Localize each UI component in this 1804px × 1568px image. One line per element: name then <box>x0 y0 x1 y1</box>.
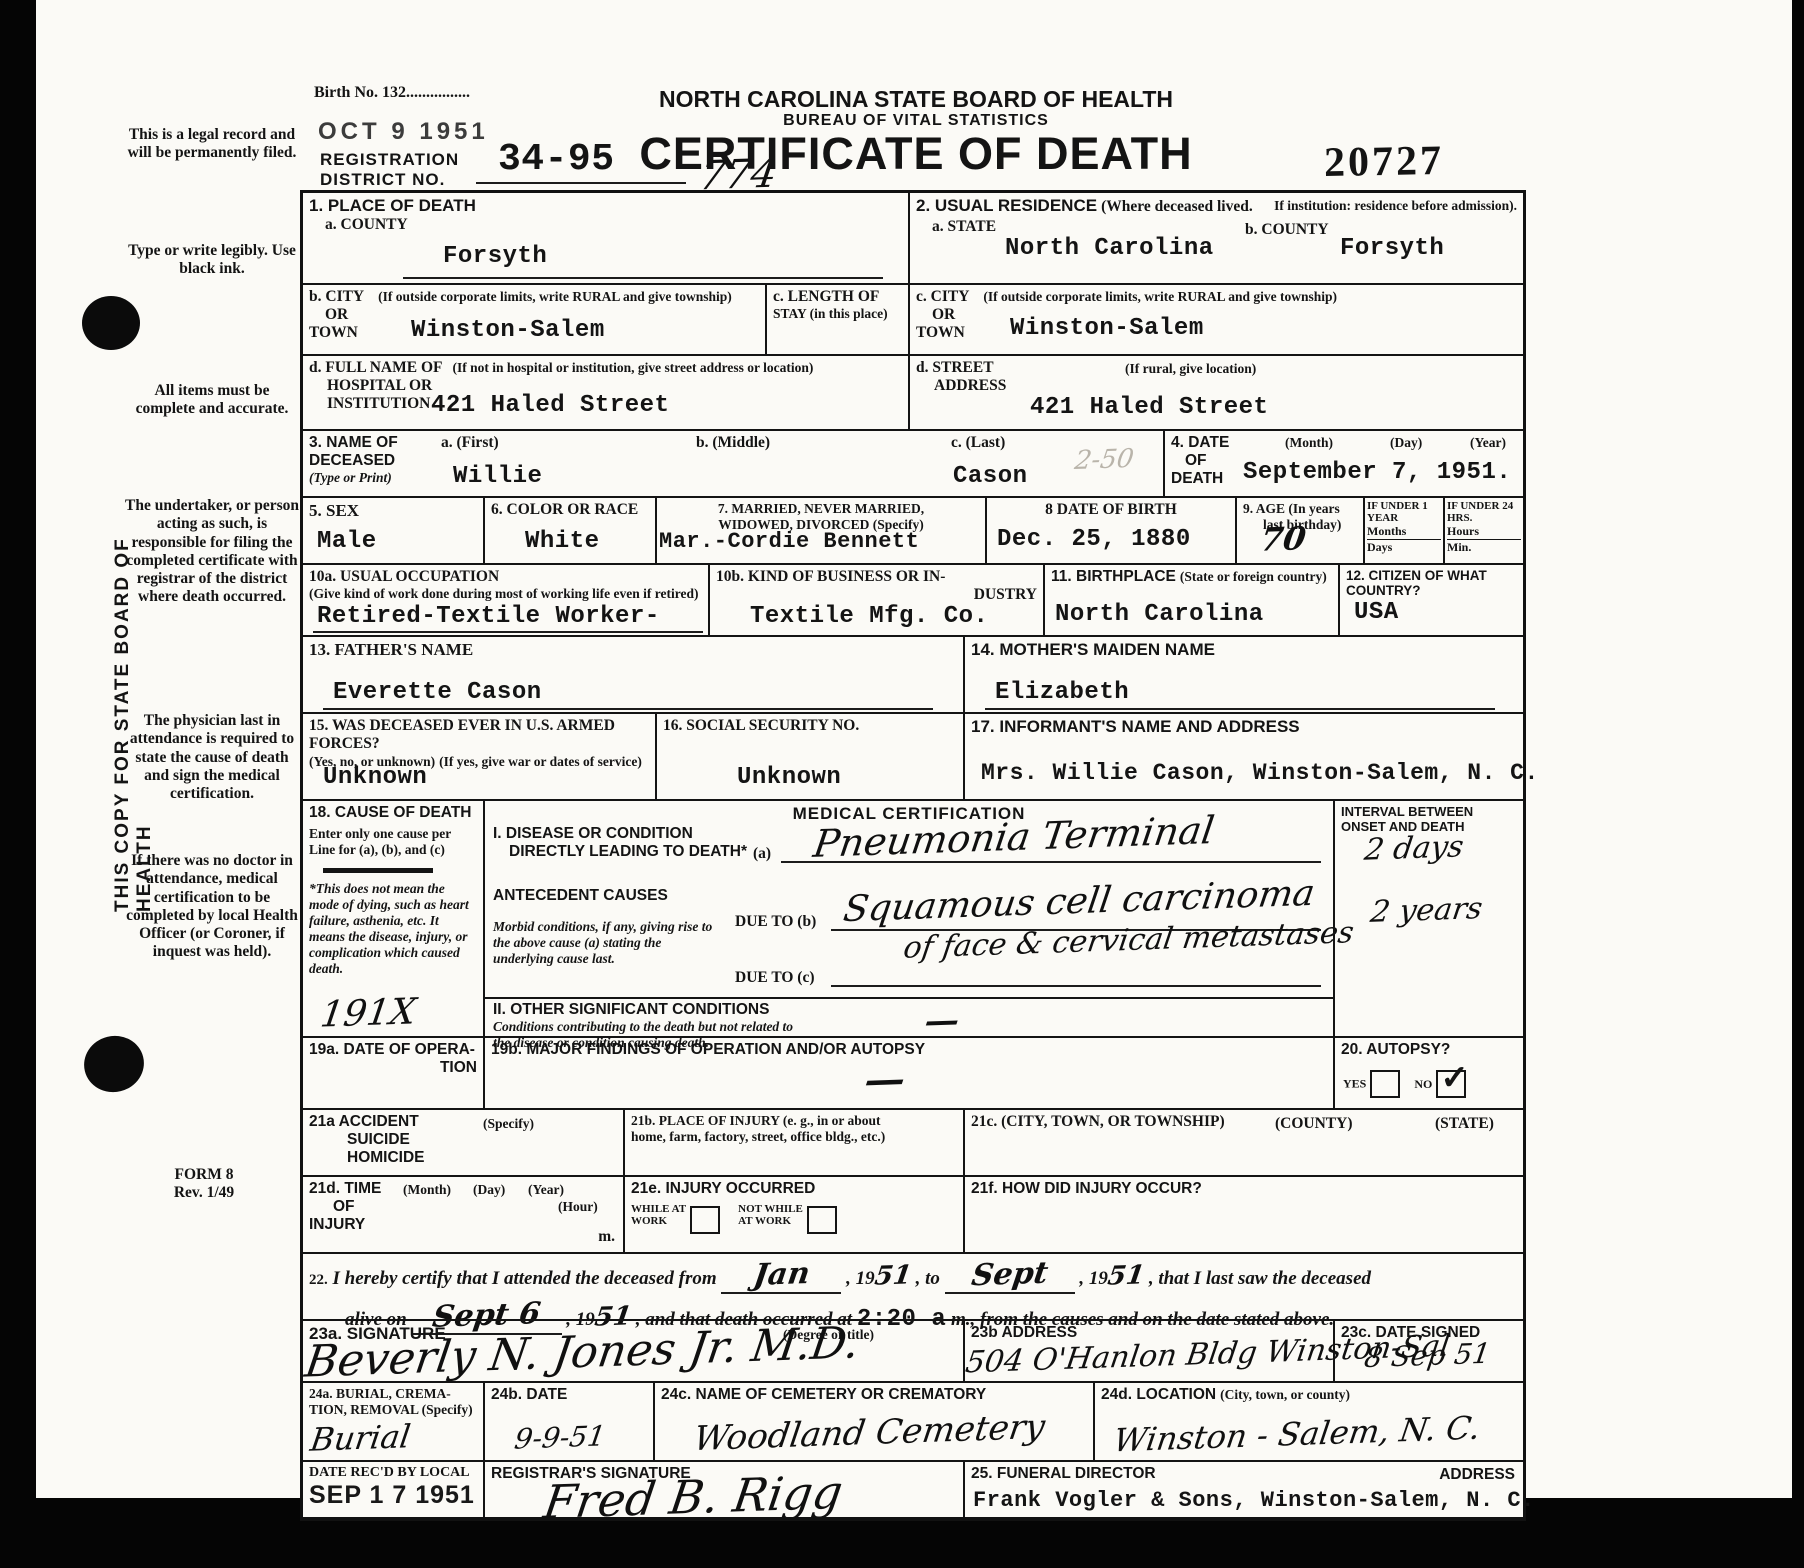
field-length-of-stay: c. LENGTH OF STAY (in this place) <box>765 285 908 354</box>
residence-state-value: North Carolina <box>1005 237 1214 261</box>
not-while-at-work-checkbox <box>807 1206 837 1234</box>
forces-label1: 15. WAS DECEASED EVER IN U.S. ARMED FORC… <box>309 717 649 753</box>
certify-no: 22. <box>309 1272 328 1288</box>
row-6: 10a. USUAL OCCUPATION (Give kind of work… <box>303 563 1523 635</box>
field-injury-city: 21c. (CITY, TOWN, OR TOWNSHIP) (COUNTY) … <box>963 1110 1523 1175</box>
operation-label1: 19a. DATE OF OPERA- <box>309 1041 477 1059</box>
interval-label1: INTERVAL BETWEEN <box>1341 804 1517 819</box>
form-rev: Rev. 1/49 <box>174 1184 234 1201</box>
field-date-of-death: 4. DATEOFDEATH (Month) (Day) (Year) Sept… <box>1163 431 1523 496</box>
form-no: FORM 8 <box>175 1166 234 1183</box>
field-burial-date: 24b. DATE 9-9-51 <box>483 1383 653 1460</box>
field-accident-suicide-homicide: 21a ACCIDENT (Specify) SUICIDE HOMICIDE <box>303 1110 623 1175</box>
under24-hours: Hours <box>1447 524 1479 538</box>
under24-min: Min. <box>1447 540 1521 555</box>
injury-month: (Month) <box>403 1182 451 1198</box>
dod-year-label: (Year) <box>1470 435 1506 451</box>
injury-place-label2: home, farm, factory, street, office bldg… <box>631 1129 957 1145</box>
field-place-of-death: 1. PLACE OF DEATH a. COUNTY Forsyth <box>303 193 908 283</box>
res-city-label: c. CITY <box>916 288 969 305</box>
first-name-value: Willie <box>453 465 542 489</box>
certify-y1-hw: 51 <box>872 1260 913 1291</box>
margin-note-items: All items must be complete and accurate. <box>124 382 300 419</box>
occupation-value: Retired-Textile Worker- <box>317 605 660 629</box>
physician-signature-handwritten: Beverly N. Jones Jr. M.D. <box>302 1317 863 1387</box>
registration-label: REGISTRATION <box>320 150 459 170</box>
certify-p1: I hereby certify that I attended the dec… <box>333 1268 717 1289</box>
certify-p3: , to <box>916 1268 940 1289</box>
residence-state-label: a. STATE <box>932 218 1517 236</box>
margin-note-doctor: If there was no doctor in attendance, me… <box>124 852 300 962</box>
margin-note-legal: This is a legal record and will be perma… <box>124 126 300 163</box>
industry-value: Textile Mfg. Co. <box>750 605 988 629</box>
certificate-title: CERTIFICATE OF DEATH <box>636 128 1196 180</box>
row-14: 23a. SIGNATURE (Degree or title) Beverly… <box>303 1319 1523 1381</box>
certify-from-hw: Jan <box>751 1256 812 1293</box>
row-11: 21a ACCIDENT (Specify) SUICIDE HOMICIDE … <box>303 1108 1523 1175</box>
field-date-of-birth: 8 DATE OF BIRTH Dec. 25, 1880 <box>985 498 1235 563</box>
row-8: 15. WAS DECEASED EVER IN U.S. ARMED FORC… <box>303 712 1523 799</box>
burial-handwritten: Burial <box>308 1417 413 1458</box>
field-father-name: 13. FATHER'S NAME Everette Cason <box>303 637 963 712</box>
row-10: 19a. DATE OF OPERA- TION 19b. MAJOR FIND… <box>303 1036 1523 1108</box>
field-citizen: 12. CITIZEN OF WHAT COUNTRY? USA <box>1338 565 1523 635</box>
father-label: 13. FATHER'S NAME <box>309 640 957 660</box>
margin-note-undertaker: The undertaker, or person acting as such… <box>124 497 300 607</box>
while-at-work-label: WHILE ATWORK <box>631 1203 686 1227</box>
first-name-label: a. (First) <box>441 434 684 452</box>
cause-b2-handwritten: of face & cervical metastases <box>901 915 1356 966</box>
race-value: White <box>525 530 600 554</box>
under24-label: IF UNDER 24 HRS. <box>1447 500 1521 524</box>
county-value: Forsyth <box>443 245 547 269</box>
antecedent-label: ANTECEDENT CAUSES <box>493 887 668 905</box>
date-received-label: DATE REC'D BY LOCAL <box>309 1465 477 1481</box>
field-last-name: c. (Last) Cason 2-50 <box>945 431 1163 496</box>
dob-value: Dec. 25, 1880 <box>997 528 1191 552</box>
stay-label2: STAY (in this place) <box>773 306 902 322</box>
sex-label: 5. SEX <box>309 501 477 521</box>
field-date-received: DATE REC'D BY LOCAL SEP 1 7 1951 <box>303 1462 483 1517</box>
field-cause-of-death-left: 18. CAUSE OF DEATH Enter only one cause … <box>303 801 483 1036</box>
forces-label3: (If yes, give war or dates of service) <box>439 754 642 769</box>
autopsy-no-checkbox: ✓ <box>1436 1070 1466 1098</box>
field-injury-occurred: 21e. INJURY OCCURRED WHILE ATWORK NOT WH… <box>623 1177 963 1252</box>
field-if-under-24-hrs: IF UNDER 24 HRS. Hours Min. <box>1443 498 1523 563</box>
dod-value: September 7, 1951. <box>1243 461 1511 485</box>
field-signature: 23a. SIGNATURE (Degree or title) Beverly… <box>303 1321 963 1381</box>
autopsy-label: 20. AUTOPSY? <box>1341 1041 1517 1059</box>
disease-label1: I. DISEASE OR CONDITION <box>493 825 693 843</box>
residence-county-label: b. COUNTY <box>1245 221 1329 239</box>
street-value: 421 Haled Street <box>1030 396 1268 420</box>
field-burial: 24a. BURIAL, CREMA- TION, REMOVAL (Speci… <box>303 1383 483 1460</box>
scanned-death-certificate: This is a legal record and will be perma… <box>0 0 1804 1568</box>
dod-label: 4. DATEOFDEATH <box>1171 434 1229 488</box>
row-1: 1. PLACE OF DEATH a. COUNTY Forsyth 2. U… <box>303 193 1523 283</box>
field-major-findings: 19b. MAJOR FINDINGS OF OPERATION AND/OR … <box>483 1038 1333 1108</box>
registrar-signature-handwritten: Fred B. Rigg <box>540 1465 846 1529</box>
field-res-city: c. CITY (If outside corporate limits, wr… <box>908 285 1523 354</box>
injury-place-label1: 21b. PLACE OF INJURY (e. g., in or about <box>631 1113 957 1129</box>
certify-to-hw: Sept <box>969 1256 1050 1294</box>
margin-vertical-text: THIS COPY FOR STATE BOARD OF HEALTH <box>112 460 138 912</box>
field-medical-certification: MEDICAL CERTIFICATION I. DISEASE OR COND… <box>483 801 1333 1036</box>
hospital-note: (If not in hospital or institution, give… <box>452 360 813 375</box>
field-burial-location: 24d. LOCATION (City, town, or county) Wi… <box>1093 1383 1523 1460</box>
certify-y2-hw: 51 <box>1106 1260 1147 1291</box>
married-value: Mar.-Cordie Bennett <box>659 531 919 553</box>
other-conditions-label: II. OTHER SIGNIFICANT CONDITIONS <box>493 1001 769 1019</box>
cemetery-label: 24c. NAME OF CEMETERY OR CREMATORY <box>661 1386 1087 1404</box>
field-pod-city: b. CITY (If outside corporate limits, wr… <box>303 285 765 354</box>
field-registrar-signature: REGISTRAR'S SIGNATURE Fred B. Rigg <box>483 1462 963 1517</box>
field-signature-address: 23b ADDRESS 504 O'Hanlon Bldg Winston-Sa… <box>963 1321 1333 1381</box>
place-of-death-label: 1. PLACE OF DEATH <box>309 196 902 216</box>
injury-hour: (Hour) <box>558 1199 598 1215</box>
residence-label: 2. USUAL RESIDENCE <box>916 196 1097 215</box>
received-date-stamp: OCT 9 1951 <box>318 118 489 146</box>
not-while-at-work-label: NOT WHILEAT WORK <box>738 1203 803 1227</box>
hole-punch-bottom <box>78 1030 150 1099</box>
interval-a-handwritten: 2 days <box>1362 829 1466 867</box>
due-to-b-label: DUE TO (b) <box>735 913 816 931</box>
injury-m: m. <box>598 1228 615 1246</box>
how-injury-label: 21f. HOW DID INJURY OCCUR? <box>971 1180 1517 1198</box>
while-at-work-checkbox <box>690 1206 720 1234</box>
funeral-director-value: Frank Vogler & Sons, Winston-Salem, N. C… <box>973 1488 1535 1513</box>
informant-value: Mrs. Willie Cason, Winston-Salem, N. C. <box>981 762 1539 785</box>
injury-occurred-label: 21e. INJURY OCCURRED <box>631 1180 957 1198</box>
birthplace-value: North Carolina <box>1055 603 1264 627</box>
citizen-label1: 12. CITIZEN OF WHAT <box>1346 568 1517 583</box>
burial-location-label: 24d. LOCATION <box>1101 1386 1216 1403</box>
cause-a-handwritten: Pneumonia Terminal <box>811 808 1217 866</box>
accident-specify: (Specify) <box>483 1116 534 1132</box>
injury-city-label: 21c. (CITY, TOWN, OR TOWNSHIP) <box>971 1113 1225 1130</box>
field-how-injury-occurred: 21f. HOW DID INJURY OCCUR? <box>963 1177 1523 1252</box>
field-street-address: d. STREET (If rural, give location) ADDR… <box>908 356 1523 429</box>
injury-time-label3: INJURY <box>309 1216 617 1234</box>
field-first-name: a. (First) Willie <box>435 431 690 496</box>
cause-label: 18. CAUSE OF DEATH <box>309 804 477 822</box>
mother-label: 14. MOTHER'S MAIDEN NAME <box>971 640 1517 660</box>
autopsy-yes-label: YES <box>1343 1077 1366 1091</box>
injury-time-label1: 21d. TIME <box>309 1180 381 1197</box>
accident-label3: HOMICIDE <box>347 1149 617 1167</box>
disease-label2: DIRECTLY LEADING TO DEATH* <box>509 843 747 861</box>
burial-date-handwritten: 9-9-51 <box>512 1419 607 1455</box>
street-label1: d. STREET <box>916 359 994 376</box>
burial-label1: 24a. BURIAL, CREMA- <box>309 1386 477 1402</box>
birth-no: Birth No. 132................ <box>314 84 470 102</box>
margin-note-physician: The physician last in attendance is requ… <box>124 712 300 803</box>
mother-value: Elizabeth <box>995 681 1129 705</box>
field-marital-status: 7. MARRIED, NEVER MARRIED, WIDOWED, DIVO… <box>655 498 985 563</box>
field-industry: 10b. KIND OF BUSINESS OR IN- DUSTRY Text… <box>708 565 1043 635</box>
accident-label1: 21a ACCIDENT <box>309 1113 419 1130</box>
occupation-note: (Give kind of work done during most of w… <box>309 586 702 602</box>
field-time-of-injury: 21d. TIME (Month) (Day) (Year) OF INJURY… <box>303 1177 623 1252</box>
occupation-label: 10a. USUAL OCCUPATION <box>309 568 499 585</box>
ssn-label: 16. SOCIAL SECURITY NO. <box>663 717 957 735</box>
field-armed-forces: 15. WAS DECEASED EVER IN U.S. ARMED FORC… <box>303 714 655 799</box>
field-place-of-injury: 21b. PLACE OF INJURY (e. g., in or about… <box>623 1110 963 1175</box>
date-signed-handwritten: 8 Sep 51 <box>1362 1337 1492 1374</box>
field-funeral-director: 25. FUNERAL DIRECTOR ADDRESS Frank Vogle… <box>963 1462 1523 1517</box>
stay-label1: c. LENGTH OF <box>773 288 902 306</box>
street-label2: ADDRESS <box>934 377 1517 395</box>
cause-note2: *This does not mean the mode of dying, s… <box>309 881 477 977</box>
row-7: 13. FATHER'S NAME Everette Cason 14. MOT… <box>303 635 1523 712</box>
funeral-director-label: 25. FUNERAL DIRECTOR <box>971 1465 1156 1482</box>
hole-punch-top <box>82 296 140 350</box>
pod-city-label: b. CITY <box>309 288 364 305</box>
findings-handwritten: — <box>862 1055 909 1103</box>
hospital-label1: d. FULL NAME OF <box>309 359 442 376</box>
field-usual-residence: 2. USUAL RESIDENCE (Where deceased lived… <box>908 193 1523 283</box>
injury-day: (Day) <box>473 1182 505 1198</box>
row-3: d. FULL NAME OF (If not in hospital or i… <box>303 354 1523 429</box>
board-title: NORTH CAROLINA STATE BOARD OF HEALTH <box>656 86 1176 113</box>
age-label1: 9. AGE (In years <box>1243 501 1357 517</box>
injury-year: (Year) <box>528 1182 564 1198</box>
sex-value: Male <box>317 530 377 554</box>
field-sex: 5. SEX Male <box>303 498 483 563</box>
field-if-under-1-year: IF UNDER 1 YEAR Months Days <box>1363 498 1443 563</box>
married-label1: 7. MARRIED, NEVER MARRIED, <box>663 501 979 517</box>
pencil-scribble: 2-50 <box>1073 444 1136 476</box>
autopsy-no-checkmark: ✓ <box>1440 1058 1469 1098</box>
field-date-of-operation: 19a. DATE OF OPERA- TION <box>303 1038 483 1108</box>
burial-date-label: 24b. DATE <box>491 1386 647 1404</box>
field-name-label: 3. NAME OF DECEASED (Type or Print) <box>303 431 435 496</box>
row-9-cause-of-death: 18. CAUSE OF DEATH Enter only one cause … <box>303 799 1523 1036</box>
field-middle-name: b. (Middle) <box>690 431 945 496</box>
autopsy-yes-checkbox <box>1370 1070 1400 1098</box>
certify-p4: , 19 <box>1079 1268 1108 1289</box>
residence-county-value: Forsyth <box>1340 237 1444 261</box>
industry-label1: 10b. KIND OF BUSINESS OR IN- <box>716 568 1037 586</box>
certificate-number: 20727 <box>1324 137 1445 187</box>
name-label2: DECEASED <box>309 452 429 470</box>
margin-note-type: Type or write legibly. Use black ink. <box>124 242 300 279</box>
row-12: 21d. TIME (Month) (Day) (Year) OF INJURY… <box>303 1175 1523 1252</box>
cause-note1: Enter only one cause per Line for (a), (… <box>309 826 477 858</box>
funeral-address-label: ADDRESS <box>1439 1466 1515 1484</box>
findings-label: 19b. MAJOR FINDINGS OF OPERATION AND/OR … <box>491 1041 1327 1059</box>
field-hospital: d. FULL NAME OF (If not in hospital or i… <box>303 356 908 429</box>
hospital-value: 421 Haled Street <box>431 394 669 418</box>
field-occupation: 10a. USUAL OCCUPATION (Give kind of work… <box>303 565 708 635</box>
operation-label2: TION <box>309 1059 477 1077</box>
birthplace-label: 11. BIRTHPLACE <box>1051 568 1176 585</box>
forces-value: Unknown <box>323 766 427 790</box>
row-2: b. CITY (If outside corporate limits, wr… <box>303 283 1523 354</box>
field-birthplace: 11. BIRTHPLACE (State or foreign country… <box>1043 565 1338 635</box>
row-5: 5. SEX Male 6. COLOR OR RACE White 7. MA… <box>303 496 1523 563</box>
informant-label: 17. INFORMANT'S NAME AND ADDRESS <box>971 717 1517 737</box>
cause-code-handwritten: 191X <box>318 991 419 1035</box>
field-ssn: 16. SOCIAL SECURITY NO. Unknown <box>655 714 963 799</box>
under1-days: Days <box>1367 540 1441 555</box>
father-value: Everette Cason <box>333 681 542 705</box>
county-label: a. COUNTY <box>325 216 902 234</box>
field-color-race: 6. COLOR OR RACE White <box>483 498 655 563</box>
row-13-certification: 22. I hereby certify that I attended the… <box>303 1252 1523 1319</box>
burial-location-handwritten: Winston - Salem, N. C. <box>1111 1409 1483 1460</box>
certificate-form: 1. PLACE OF DEATH a. COUNTY Forsyth 2. U… <box>300 190 1526 1521</box>
field-interval: INTERVAL BETWEEN ONSET AND DEATH 2 days … <box>1333 801 1523 1036</box>
form-number: FORM 8 Rev. 1/49 <box>144 1166 264 1203</box>
field-mother-name: 14. MOTHER'S MAIDEN NAME Elizabeth <box>963 637 1523 712</box>
ssn-value: Unknown <box>737 766 841 790</box>
name-label1: 3. NAME OF <box>309 434 429 452</box>
name-label3: (Type or Print) <box>309 470 429 486</box>
disease-a-label: (a) <box>753 845 771 863</box>
pod-city-value: Winston-Salem <box>411 319 605 343</box>
citizen-label2: COUNTRY? <box>1346 583 1517 598</box>
field-age: 9. AGE (In years last birthday) 70 <box>1235 498 1363 563</box>
paper: This is a legal record and will be perma… <box>36 0 1792 1498</box>
row-16: DATE REC'D BY LOCAL SEP 1 7 1951 REGISTR… <box>303 1460 1523 1517</box>
under1-months: Months <box>1367 524 1406 539</box>
district-no-label: DISTRICT NO. <box>320 170 445 190</box>
street-note: (If rural, give location) <box>1125 361 1256 377</box>
res-city-note: (If outside corporate limits, write RURA… <box>983 289 1337 304</box>
industry-label2: DUSTRY <box>716 586 1037 604</box>
certify-p5: , that I last saw the deceased <box>1149 1268 1371 1289</box>
residence-note: (Where deceased lived. <box>1101 198 1253 215</box>
district-no-value: 34-95 <box>498 138 615 181</box>
certify-p2: , 19 <box>846 1268 875 1289</box>
morbid-note: Morbid conditions, if any, giving rise t… <box>493 919 723 967</box>
field-cemetery: 24c. NAME OF CEMETERY OR CREMATORY Woodl… <box>653 1383 1093 1460</box>
res-city-value: Winston-Salem <box>1010 317 1204 341</box>
birthplace-note: (State or foreign country) <box>1180 569 1327 584</box>
last-name-value: Cason <box>953 465 1028 489</box>
date-received-stamp: SEP 1 7 1951 <box>309 1481 477 1510</box>
dod-day-label: (Day) <box>1390 435 1422 451</box>
injury-state-label: (STATE) <box>1435 1115 1494 1133</box>
residence-note2: If institution: residence before admissi… <box>1274 198 1517 214</box>
pod-city-note: (If outside corporate limits, write RURA… <box>378 289 732 304</box>
row-4: 3. NAME OF DECEASED (Type or Print) a. (… <box>303 429 1523 496</box>
race-label: 6. COLOR OR RACE <box>491 501 649 519</box>
autopsy-no-label: NO <box>1414 1077 1432 1091</box>
interval-b-handwritten: 2 years <box>1368 891 1485 930</box>
under1-label: IF UNDER 1 YEAR <box>1367 500 1441 524</box>
age-value: 70 <box>1258 519 1308 559</box>
middle-name-label: b. (Middle) <box>696 434 939 452</box>
citizen-value: USA <box>1354 601 1399 625</box>
dob-label: 8 DATE OF BIRTH <box>993 501 1229 519</box>
dod-month-label: (Month) <box>1285 435 1333 451</box>
due-to-c-label: DUE TO (c) <box>735 969 815 987</box>
accident-label2: SUICIDE <box>347 1131 617 1149</box>
injury-county-label: (COUNTY) <box>1275 1115 1353 1133</box>
field-autopsy: 20. AUTOPSY? YES NO ✓ <box>1333 1038 1523 1108</box>
burial-location-note: (City, town, or county) <box>1220 1387 1350 1402</box>
row-15: 24a. BURIAL, CREMA- TION, REMOVAL (Speci… <box>303 1381 1523 1460</box>
cemetery-handwritten: Woodland Cemetery <box>691 1407 1047 1459</box>
res-city-town: TOWN <box>916 324 1517 342</box>
burial-label2: TION, REMOVAL (Specify) <box>309 1402 477 1418</box>
field-informant: 17. INFORMANT'S NAME AND ADDRESS Mrs. Wi… <box>963 714 1523 799</box>
